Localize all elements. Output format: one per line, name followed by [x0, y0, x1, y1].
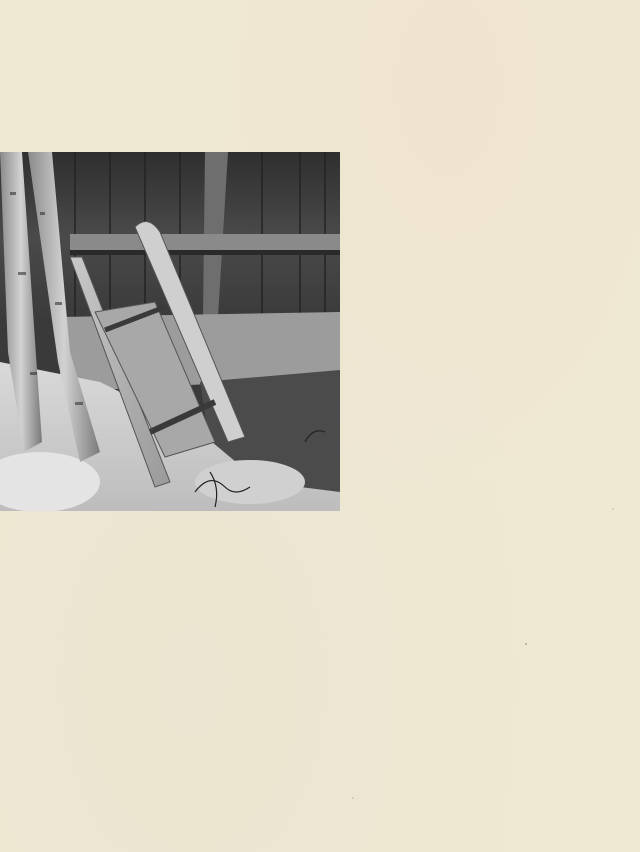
- paper-speck: [525, 643, 527, 645]
- photograph: [0, 152, 340, 511]
- sled-scene-image: [0, 152, 340, 511]
- paper-speck: [612, 508, 614, 510]
- paper-speck: [352, 797, 354, 799]
